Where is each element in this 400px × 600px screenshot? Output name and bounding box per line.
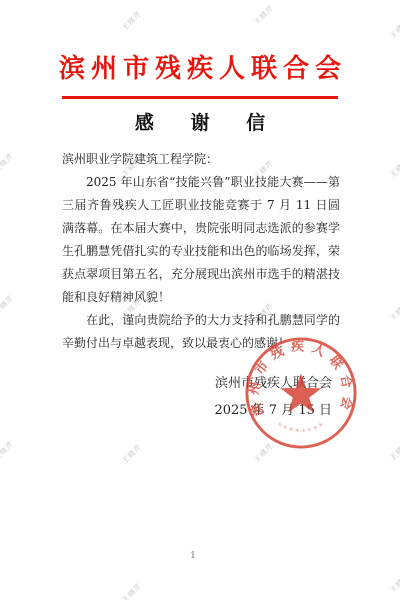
header-divider (62, 96, 338, 99)
watermark-text: 王晓芹 (388, 571, 400, 595)
org-title: 滨州市残疾人联合会 (0, 48, 400, 85)
watermark-text: 王晓芹 (120, 581, 144, 600)
paragraph-1: 2025 年山东省“技能兴鲁”职业技能大赛——第三届齐鲁残疾人工匠职业技能竞赛于… (62, 171, 340, 309)
watermark-text: 王晓芹 (0, 439, 16, 463)
watermark-text: 王晓芹 (388, 17, 400, 41)
letter-body: 滨州职业学院建筑工程学院： 2025 年山东省“技能兴鲁”职业技能大赛——第三届… (62, 148, 340, 355)
signature-org: 滨州市残疾人联合会 (214, 370, 332, 397)
paragraph-2: 在此，谨向贵院给予的大力支持和孔鹏慧同学的辛勤付出与卓越表现，致以最衷心的感谢！ (62, 309, 340, 355)
watermark-text: 王晓芹 (120, 442, 144, 466)
watermark-text: 王晓芹 (388, 299, 400, 323)
watermark-text: 王晓芹 (252, 3, 276, 27)
watermark-text: 王晓芹 (120, 9, 144, 33)
signature-block: 滨州市残疾人联合会 2025 年 7 月 15 日 (214, 370, 332, 424)
watermark-text: 王晓芹 (252, 441, 276, 465)
salutation: 滨州职业学院建筑工程学院： (62, 148, 340, 171)
page-number: 1 (0, 551, 386, 561)
watermark-text: 王晓芹 (0, 293, 16, 317)
signature-date: 2025 年 7 月 15 日 (214, 397, 332, 424)
watermark-text: 王晓芹 (0, 151, 16, 175)
letter-page: 王晓芹王晓芹王晓芹王晓芹王晓芹王晓芹王晓芹王晓芹王晓芹王晓芹王晓芹王晓芹王晓芹王… (0, 0, 400, 600)
doc-title: 感 谢 信 (0, 108, 400, 135)
watermark-text: 王晓芹 (388, 156, 400, 180)
watermark-text: 王晓芹 (388, 439, 400, 463)
